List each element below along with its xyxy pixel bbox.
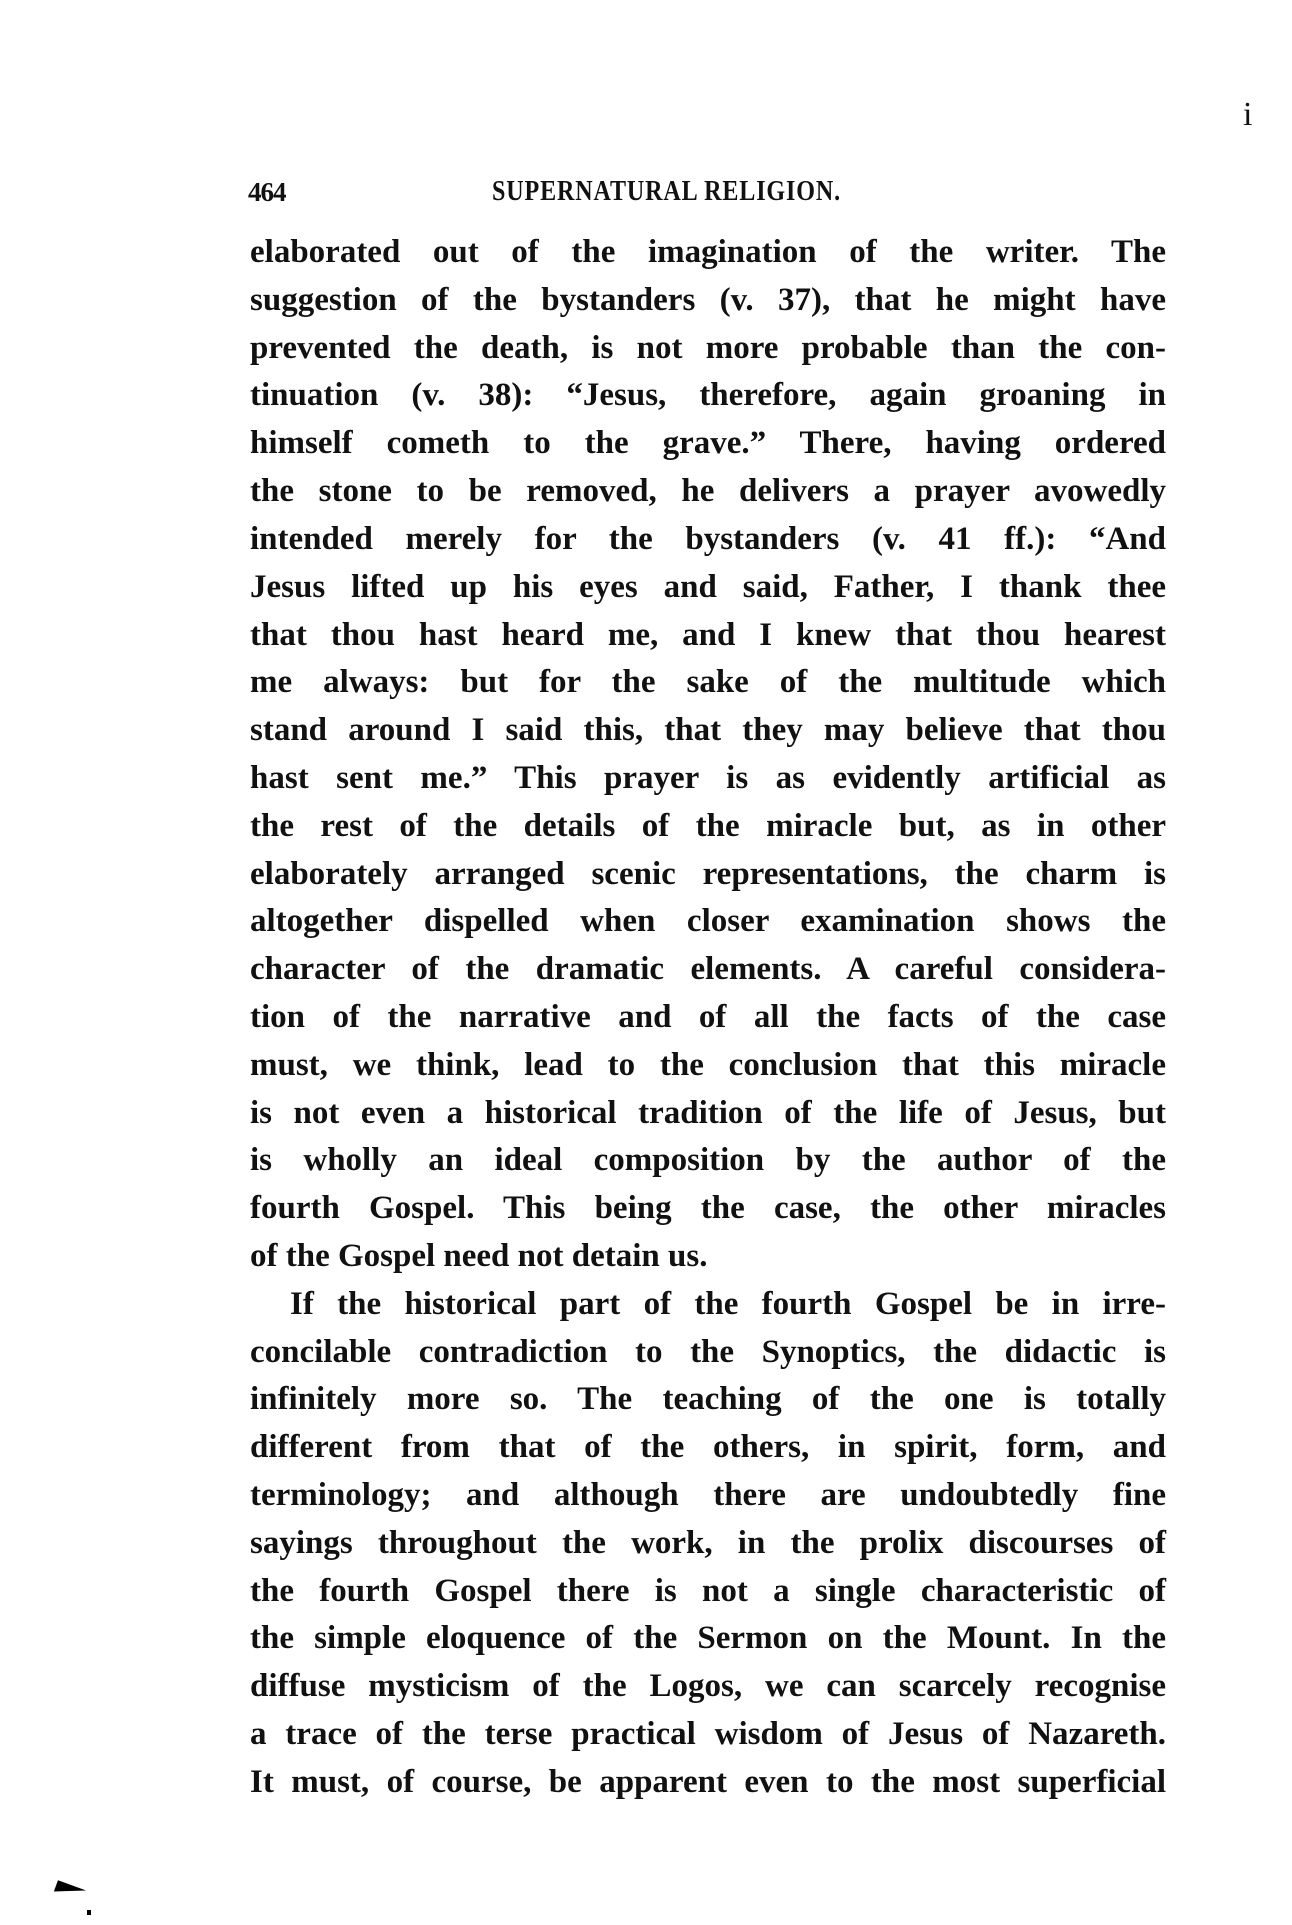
page-number: 464 [248,172,286,212]
text-line: hast sent me.” This prayer is as evident… [250,754,1166,802]
text-line: intended merely for the bystanders (v. 4… [250,515,1166,563]
text-line: character of the dramatic elements. A ca… [250,945,1166,993]
text-line: concilable contradiction to the Synoptic… [250,1328,1166,1376]
text-line: fourth Gospel. This being the case, the … [250,1184,1166,1232]
book-title: SUPERNATURAL RELIGION. [492,172,864,212]
text-line: altogether dispelled when closer examina… [250,897,1166,945]
text-line: elaborated out of the imagination of the… [250,228,1166,276]
text-line: is not even a historical tradition of th… [250,1089,1166,1137]
text-line: terminology; and although there are undo… [250,1471,1166,1519]
text-line: the rest of the details of the miracle b… [250,802,1166,850]
running-head: 464 SUPERNATURAL RELIGION. [248,172,1166,212]
text-line: tinuation (v. 38): “Jesus, therefore, ag… [250,371,1166,419]
text-line: a trace of the terse practical wisdom of… [250,1710,1166,1758]
text-line: of the Gospel need not detain us. [250,1232,1166,1280]
text-line: me always: but for the sake of the multi… [250,658,1166,706]
text-line: the simple eloquence of the Sermon on th… [250,1614,1166,1662]
text-line: that thou hast heard me, and I knew that… [250,611,1166,659]
text-line: must, we think, lead to the conclusion t… [250,1041,1166,1089]
text-line: himself cometh to the grave.” There, hav… [250,419,1166,467]
scan-artifact-tick [87,1910,91,1915]
scan-artifact-mark [54,1880,86,1902]
text-line: sayings throughout the work, in the prol… [250,1519,1166,1567]
text-line: diffuse mysticism of the Logos, we can s… [250,1662,1166,1710]
text-line: Jesus lifted up his eyes and said, Fathe… [250,563,1166,611]
text-line: the fourth Gospel there is not a single … [250,1567,1166,1615]
text-line: suggestion of the bystanders (v. 37), th… [250,276,1166,324]
text-line: tion of the narrative and of all the fac… [250,993,1166,1041]
text-line: stand around I said this, that they may … [250,706,1166,754]
text-line: It must, of course, be apparent even to … [250,1758,1166,1806]
text-line: the stone to be removed, he delivers a p… [250,467,1166,515]
text-line: prevented the death, is not more probabl… [250,324,1166,372]
text-line: If the historical part of the fourth Gos… [290,1280,1166,1328]
book-page: i 464 SUPERNATURAL RELIGION. elaborated … [0,0,1292,1925]
margin-mark: i [1243,98,1252,132]
text-line: infinitely more so. The teaching of the … [250,1375,1166,1423]
text-line: is wholly an ideal composition by the au… [250,1136,1166,1184]
text-line: different from that of the others, in sp… [250,1423,1166,1471]
text-line: elaborately arranged scenic representati… [250,850,1166,898]
